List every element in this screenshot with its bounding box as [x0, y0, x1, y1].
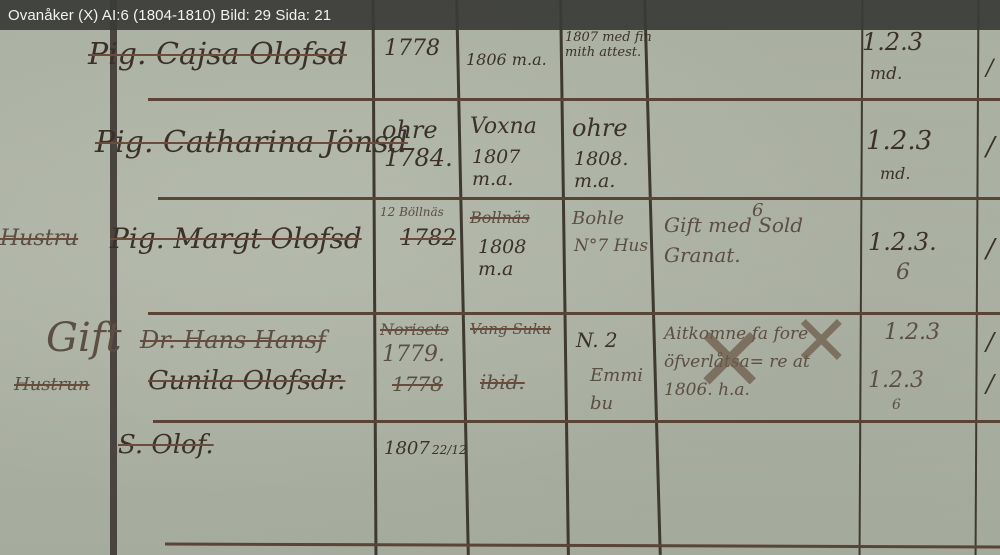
row-3-reading-note: 6	[896, 262, 910, 284]
row-4-margin-note: Gift	[46, 318, 122, 358]
row-5-birth: 1778	[392, 374, 443, 394]
row-3-moved-out-place: Bohle	[572, 210, 624, 228]
row-4-name: Dr. Hans Hansf	[140, 328, 326, 352]
row-rule-4	[153, 420, 1000, 423]
row-5-extra: /	[986, 372, 994, 396]
row-6-birth: 1807	[384, 440, 430, 458]
row-5-moved-out: Emmi bu	[590, 362, 630, 418]
row-2-name-text: Pig. Catharina Jönsd	[95, 125, 408, 160]
row-2-birth: 1784.	[384, 146, 453, 170]
row-3-moved-in-place: Bollnäs	[470, 210, 530, 226]
row-1-reading: 1.2.3	[862, 30, 923, 54]
row-1-name: Pig. Cajsa Olofsd	[88, 40, 347, 70]
column-rule-extra	[975, 0, 980, 555]
scanned-register-page: Pig. Cajsa Olofsd 1778 1806 m.a. 1807 me…	[0, 0, 1000, 555]
row-3-name: Pig. Margt Olofsd	[110, 225, 362, 253]
row-1-reading-note: md.	[870, 66, 902, 83]
margin-rule	[110, 0, 117, 555]
row-rule-3	[148, 312, 1000, 315]
row-6-name: S. Olof.	[118, 432, 214, 458]
row-2-moved-out: 1808. m.a.	[574, 148, 634, 192]
row-4-moved-in-place: Vang Suku	[470, 322, 551, 337]
row-4-birth-place: Norisets	[380, 322, 449, 338]
cross-mark-1: ✕	[692, 316, 767, 406]
row-2-birth-place: ohre	[382, 118, 438, 142]
row-2-moved-out-place: ohre	[572, 116, 628, 140]
column-rule-remarks	[643, 0, 661, 555]
row-4-birth: 1779.	[382, 344, 445, 366]
row-2-moved-in-place: Voxna	[470, 116, 537, 138]
row-3-reading: 1.2.3.	[868, 230, 937, 254]
row-2-extra: /	[986, 134, 995, 160]
viewer-title-bar: Ovanåker (X) AI:6 (1804-1810) Bild: 29 S…	[0, 0, 1000, 30]
row-5-margin-note: Hustrun	[14, 376, 90, 394]
row-1-moved-in: 1806 m.a.	[466, 52, 547, 68]
row-3-moved-in: 1808 m.a	[478, 236, 538, 280]
row-2-moved-in: 1807 m.a.	[472, 146, 532, 190]
row-5-reading: 1.2.3	[868, 370, 924, 392]
row-2-name: Pig. Catharina Jönsd	[95, 128, 408, 158]
row-2-reading: 1.2.3	[866, 128, 932, 154]
row-1-birth: 1778	[384, 38, 440, 60]
cross-mark-2: ✕	[792, 306, 851, 376]
row-1-moved-out-line1: 1807 med fin mith attest.	[565, 30, 655, 60]
row-5-moved-in: ibid.	[480, 372, 525, 392]
row-5-reading-note: 6	[892, 398, 901, 412]
row-3-margin-note: Hustru	[0, 228, 78, 250]
row-1-extra: /	[986, 58, 993, 80]
row-6-birth-date: 22/12	[432, 444, 467, 456]
row-rule-5	[165, 543, 1000, 549]
row-rule-2	[158, 197, 1000, 200]
column-rule-moved-out	[559, 0, 570, 555]
column-rule-reading	[859, 0, 864, 555]
row-5-name: Gunila Olofsdr.	[148, 368, 345, 394]
column-rule-moved-in	[455, 0, 470, 555]
row-3-birth-note: 12 Böllnäs	[380, 206, 444, 218]
row-4-extra: /	[986, 330, 994, 354]
row-3-birth: 1782	[400, 228, 456, 250]
row-3-moved-out: N°7 Hus	[574, 238, 648, 255]
row-4-reading: 1.2.3	[884, 322, 940, 344]
image-title: Ovanåker (X) AI:6 (1804-1810) Bild: 29 S…	[0, 7, 331, 24]
column-rule-birth	[372, 0, 378, 555]
row-3-remarks: Gift med Sold Granat.	[664, 210, 844, 270]
row-rule-1	[148, 98, 1000, 101]
row-4-moved-out: N. 2	[576, 330, 618, 350]
row-2-reading-note: md.	[880, 166, 911, 182]
row-3-extra: /	[986, 236, 995, 262]
